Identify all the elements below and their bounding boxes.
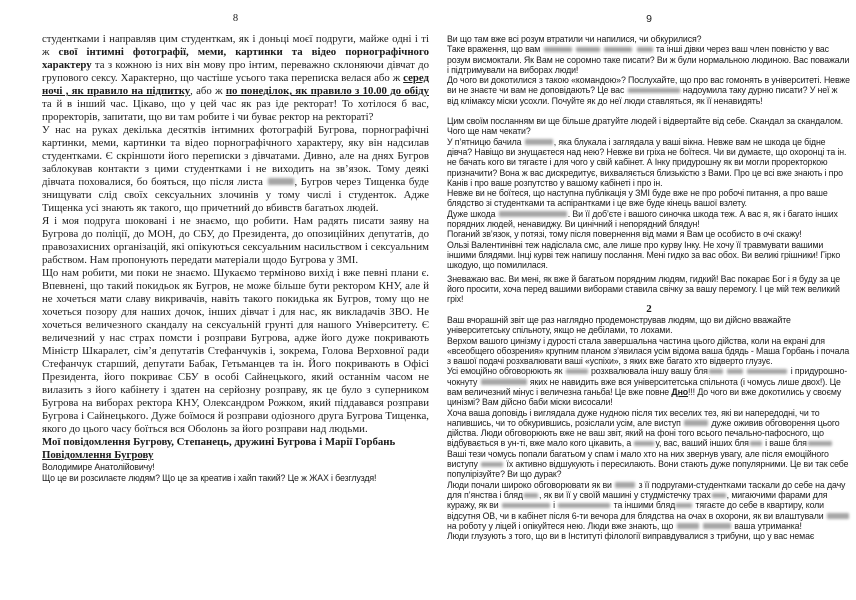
text-segment: 2 xyxy=(646,303,651,315)
text-segment: у, вас, ваший інших бля xyxy=(655,438,748,448)
text-segment: Що нам робити, ми поки не знаємо. Шукаєм… xyxy=(42,267,429,435)
text-segment: по понеділок, як правило з 10.00 до обід… xyxy=(226,85,429,97)
text-segment: Ваш вчорашній звіт ще раз наглядно проде… xyxy=(447,315,791,335)
redacted-text xyxy=(628,88,680,93)
body-paragraph: Я і моя подруга шоковані і не знаємо, що… xyxy=(42,215,429,267)
text-segment: Дуже шкода xyxy=(447,209,498,219)
text-segment: та й в інший час. Цікаво, що у цей час я… xyxy=(42,98,429,123)
redacted-text xyxy=(827,513,849,518)
text-segment: , як ви її у своїй машині у студмістечку… xyxy=(539,490,711,500)
line-paragraph: До чого ви докотилися з такою «командою»… xyxy=(447,75,851,106)
redacted-text xyxy=(637,47,653,52)
line-paragraph: Поганий зв’язок, у потязі, тому після по… xyxy=(447,229,851,239)
redacted-text xyxy=(808,441,832,446)
body-paragraph: У нас на руках декілька десятків інтимни… xyxy=(42,124,429,215)
text-segment: Люди почали широко обговорювати як ви xyxy=(447,480,614,490)
line-paragraph: Усі емоційно обговорюють як розхвалювала… xyxy=(447,366,851,407)
page-9-body: Ви що там вже всі розум втратили чи напи… xyxy=(447,34,851,541)
text-segment: ваша утриманка! xyxy=(732,521,802,531)
redacted-text xyxy=(747,369,787,374)
text-segment xyxy=(700,521,702,531)
redacted-text xyxy=(615,482,635,487)
redacted-text xyxy=(727,369,743,374)
body-paragraph: Що нам робити, ми поки не знаємо. Шукаєм… xyxy=(42,267,429,436)
redacted-text xyxy=(524,493,538,498)
redacted-text xyxy=(676,503,692,508)
text-segment: Невже ви не боїтеся, що наступна публіка… xyxy=(447,188,828,208)
text-segment: та іншими бляд xyxy=(611,500,675,510)
text-segment: на роботу у ліцей і опікуйтеся нею. Люди… xyxy=(447,521,676,531)
redacted-text xyxy=(499,211,567,216)
page-number: 9 xyxy=(447,0,851,25)
redacted-text xyxy=(576,47,600,52)
line-paragraph: Ваш вчорашній звіт ще раз наглядно проде… xyxy=(447,315,851,336)
text-segment xyxy=(724,366,726,376)
line-paragraph: Люди глузують з того, що ви в Інституті … xyxy=(447,531,851,541)
line-paragraph: Хоча ваша доповідь і виглядала дуже нудн… xyxy=(447,408,851,480)
text-segment: , або ж xyxy=(190,85,226,97)
line-paragraph: Верхом вашого цинізму і дурості стала за… xyxy=(447,336,851,367)
text-segment: Я і моя подруга шоковані і не знаємо, що… xyxy=(42,215,429,266)
line-paragraph: Люди почали широко обговорювати як ви з … xyxy=(447,480,851,531)
redacted-text xyxy=(703,523,731,528)
redacted-text xyxy=(558,503,610,508)
text-segment: Поганий зв’язок, у потязі, тому після по… xyxy=(447,229,802,239)
redacted-text xyxy=(604,47,632,52)
text-segment: Ви що там вже всі розум втратили чи напи… xyxy=(447,34,701,44)
text-segment: Зневажаю вас. Ви мені, як вже й багатьом… xyxy=(447,274,840,305)
text-segment xyxy=(601,44,603,54)
line-paragraph: Цим своїм посланням ви ще більше дратуйт… xyxy=(447,116,851,137)
document-spread: 8 студентками і направляв цим студенткам… xyxy=(0,0,856,600)
redacted-text xyxy=(634,441,654,446)
redacted-text xyxy=(684,420,708,425)
text-segment: і ваше бля xyxy=(763,438,807,448)
line-paragraph: У п’ятницю бачила , яка блукала і загляд… xyxy=(447,137,851,188)
redacted-text xyxy=(481,462,503,467)
note-paragraph: Володимире Анатолійовичу! xyxy=(42,462,429,473)
redacted-text xyxy=(525,139,553,144)
redacted-text xyxy=(544,47,572,52)
text-segment: У п’ятницю бачила xyxy=(447,137,524,147)
line-paragraph: Ользі Валентинівні теж надіслала смс, ал… xyxy=(447,240,851,271)
note-paragraph: Що це ви розсилаєте людям? Що це за креа… xyxy=(42,473,429,484)
page-number: 8 xyxy=(42,0,429,24)
text-segment xyxy=(633,44,635,54)
line-paragraph: Невже ви не боїтеся, що наступна публіка… xyxy=(447,188,851,209)
heading-paragraph: Мої повідомлення Бугрову, Степанець, дру… xyxy=(42,436,429,449)
text-segment: Верхом вашого цинізму і дурості стала за… xyxy=(447,336,849,367)
text-segment: їх активно відшукують і пересилають. Вон… xyxy=(447,459,848,479)
text-segment: та з кожною із них він мову про інтим, п… xyxy=(42,59,429,84)
redacted-text xyxy=(502,503,550,508)
text-segment: Мої повідомлення Бугрову, Степанець, дру… xyxy=(42,436,395,448)
page-8-body: студентками і направляв цим студенткам, … xyxy=(42,33,429,484)
line-paragraph: Дуже шкода . Ви її доб’єте і вашого сино… xyxy=(447,209,851,230)
page-section-marker: 2 xyxy=(447,304,851,315)
body-paragraph: студентками і направляв цим студенткам, … xyxy=(42,33,429,124)
text-segment: Що це ви розсилаєте людям? Що це за креа… xyxy=(42,473,376,483)
text-segment: і xyxy=(551,500,557,510)
text-segment: Дно xyxy=(671,387,688,397)
text-segment xyxy=(744,366,746,376)
redacted-text xyxy=(709,369,723,374)
text-segment xyxy=(573,44,575,54)
text-segment: Володимире Анатолійовичу! xyxy=(42,462,155,472)
page-9: 9 Ви що там вже всі розум втратили чи на… xyxy=(447,0,851,541)
text-segment: Повідомлення Бугрову xyxy=(42,449,153,461)
text-segment: Таке враження, що вам xyxy=(447,44,543,54)
redacted-text xyxy=(566,369,588,374)
redacted-text xyxy=(750,441,762,446)
redacted-text xyxy=(677,523,699,528)
line-paragraph: Ви що там вже всі розум втратили чи напи… xyxy=(447,34,851,44)
redacted-text xyxy=(268,178,294,185)
redacted-text xyxy=(712,493,726,498)
subheading-paragraph: Повідомлення Бугрову xyxy=(42,449,429,462)
page-8: 8 студентками і направляв цим студенткам… xyxy=(42,0,429,484)
text-segment: Усі емоційно обговорюють як xyxy=(447,366,565,376)
line-paragraph: Зневажаю вас. Ви мені, як вже й багатьом… xyxy=(447,274,851,305)
text-segment: Цим своїм посланням ви ще більше дратуйт… xyxy=(447,116,843,136)
text-segment: розхвалювала іншу вашу бля xyxy=(589,366,708,376)
text-segment: Ользі Валентинівні теж надіслала смс, ал… xyxy=(447,240,840,271)
line-paragraph: Таке враження, що вам та інші дівки чере… xyxy=(447,44,851,75)
redacted-text xyxy=(481,379,527,384)
text-segment: Люди глузують з того, що ви в Інституті … xyxy=(447,531,814,541)
